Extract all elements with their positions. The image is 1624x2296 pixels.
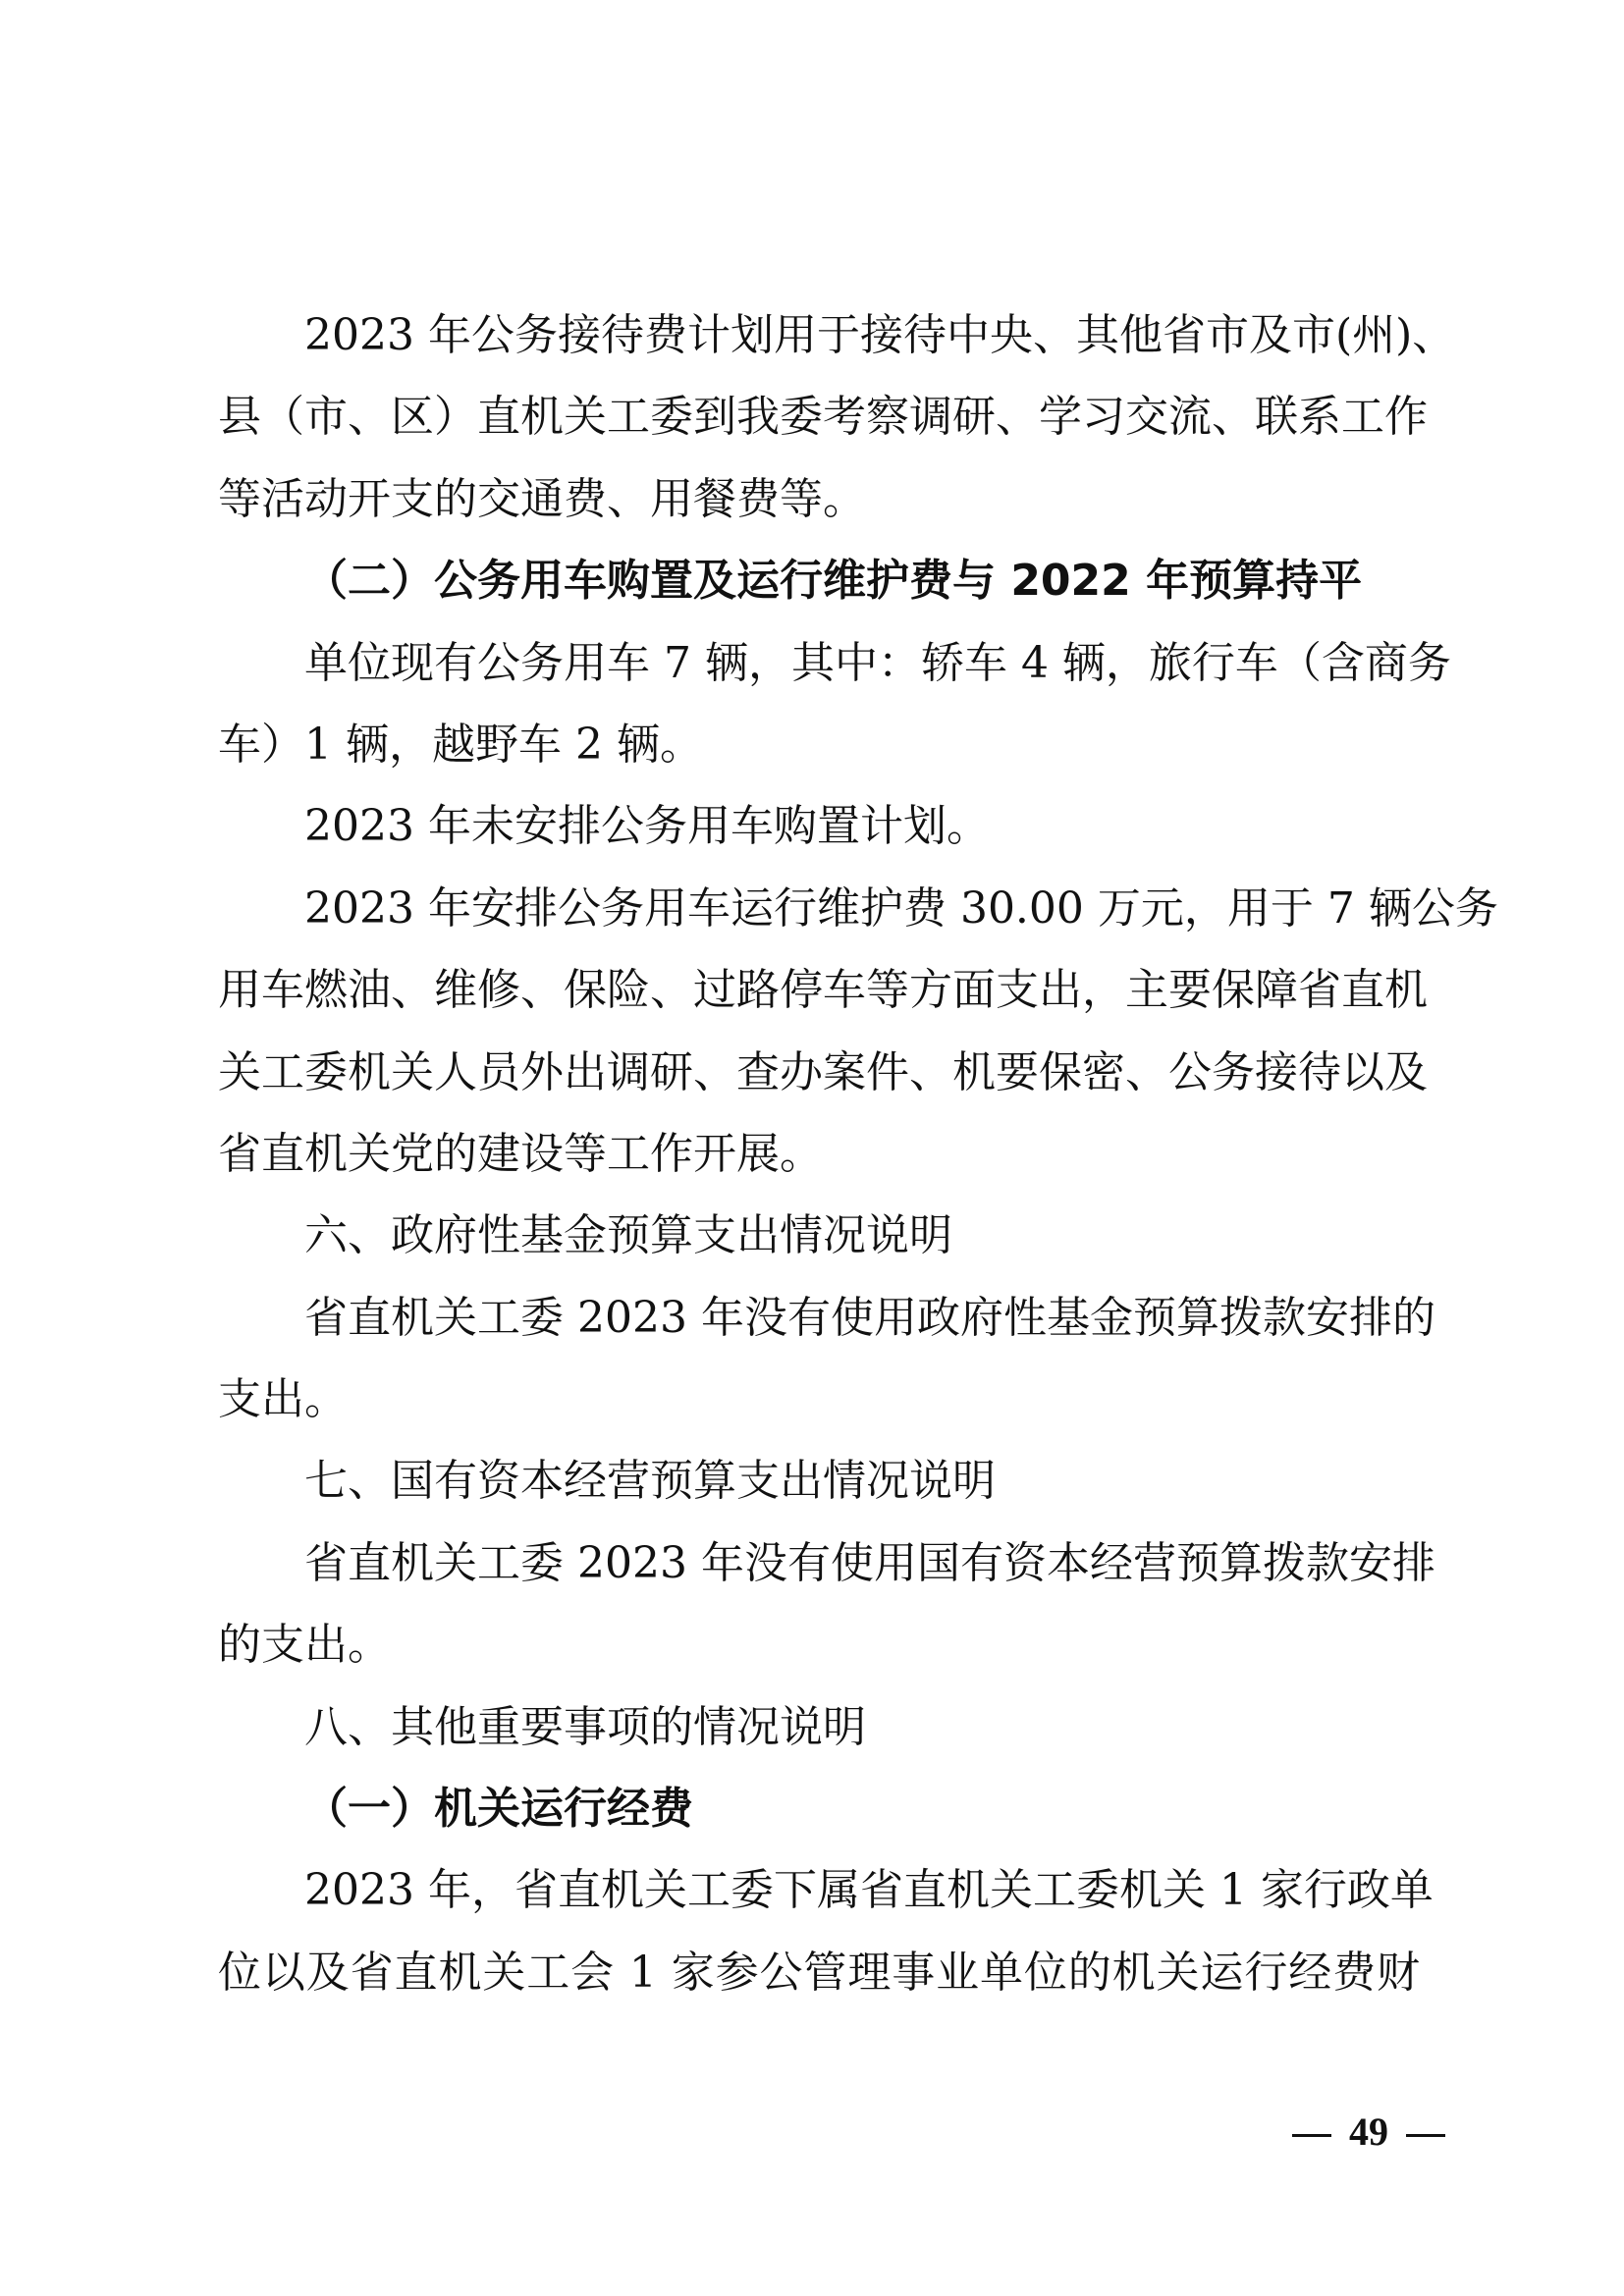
paragraph-line: 2023 年，省直机关工委下属省直机关工委机关 1 家行政单 <box>218 1849 1420 1931</box>
footer-dash-right <box>1406 2134 1445 2137</box>
paragraph-line: 用车燃油、维修、保险、过路停车等方面支出，主要保障省直机 <box>218 949 1420 1031</box>
paragraph-line: 省直机关工委 2023 年没有使用政府性基金预算拨款安排的 <box>218 1277 1420 1359</box>
section-heading: （二）公务用车购置及运行维护费与 2022 年预算持平 <box>218 540 1420 621</box>
section-heading: 六、政府性基金预算支出情况说明 <box>218 1195 1420 1276</box>
paragraph-line: 车）1 辆，越野车 2 辆。 <box>218 704 1420 785</box>
paragraph-line: 单位现有公务用车 7 辆，其中：轿车 4 辆，旅行车（含商务 <box>218 622 1420 704</box>
paragraph-line: 2023 年安排公务用车运行维护费 30.00 万元，用于 7 辆公务 <box>218 868 1420 949</box>
page-number: 49 <box>1349 2109 1388 2154</box>
page-footer: 49 <box>1274 2109 1463 2155</box>
paragraph-line: 的支出。 <box>218 1604 1420 1685</box>
paragraph-line: 等活动开支的交通费、用餐费等。 <box>218 458 1420 540</box>
section-heading: 七、国有资本经营预算支出情况说明 <box>218 1440 1420 1522</box>
paragraph-line: 县（市、区）直机关工委到我委考察调研、学习交流、联系工作 <box>218 376 1420 457</box>
paragraph-line: 关工委机关人员外出调研、查办案件、机要保密、公务接待以及 <box>218 1032 1420 1113</box>
paragraph-line: 位以及省直机关工会 1 家参公管理事业单位的机关运行经费财 <box>218 1932 1420 2013</box>
subsection-heading: （一）机关运行经费 <box>218 1768 1420 1849</box>
footer-dash-left <box>1292 2134 1331 2137</box>
paragraph-line: 2023 年公务接待费计划用于接待中央、其他省市及市(州)、 <box>218 294 1420 376</box>
section-heading: 八、其他重要事项的情况说明 <box>218 1686 1420 1768</box>
paragraph-line: 2023 年未安排公务用车购置计划。 <box>218 785 1420 867</box>
paragraph-line: 省直机关党的建设等工作开展。 <box>218 1113 1420 1195</box>
paragraph-line: 支出。 <box>218 1359 1420 1440</box>
paragraph-line: 省直机关工委 2023 年没有使用国有资本经营预算拨款安排 <box>218 1522 1420 1604</box>
document-page: 2023 年公务接待费计划用于接待中央、其他省市及市(州)、 县（市、区）直机关… <box>218 294 1420 2013</box>
